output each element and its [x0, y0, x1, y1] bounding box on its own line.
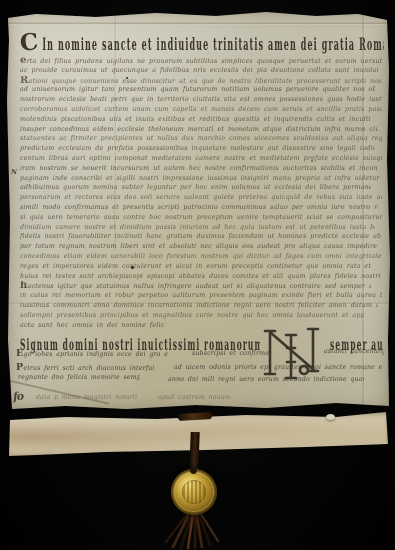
script-line: iussimus communiri anno dominice incarna… — [20, 301, 378, 311]
closing-script-fragment: apud castrum nouum — [158, 394, 242, 401]
script-line: molendinis piscationibus uiis et inuiis … — [20, 115, 371, 125]
script-line: insuper concedimus eidem ecclesie thelon… — [20, 125, 378, 135]
script-line: dimidium camere nostre et dimidium passi… — [20, 223, 375, 233]
golden-bulla-seal — [171, 469, 217, 515]
script-line: ac prouide curauimus ut quecunque a fide… — [20, 66, 378, 76]
bulla-cord-notch — [190, 468, 197, 474]
script-line: personarum et rectores eius deo soli ser… — [20, 193, 382, 203]
ornate-opening-initial: C — [20, 31, 39, 54]
closing-script-fragment: data p manu magistri notarii — [36, 394, 148, 401]
script-line: sollempni presentibus principibus et mag… — [20, 311, 364, 321]
script-line: reges et imperatores eidem contulerunt e… — [20, 262, 375, 272]
closing-script-fragment: regnante dno felicis memorie semper — [18, 374, 140, 381]
closing-script-fragment: Petrus ferri scti arch diaconus interfui — [16, 362, 156, 373]
ink-blot — [131, 266, 134, 269]
script-line: statuentes ac firmiter precipientes ut n… — [20, 134, 382, 144]
ink-blot — [126, 77, 128, 79]
parchment-sheet: C In nomine sancte et indiuidue trinitat… — [6, 10, 390, 412]
script-line: per totum regnum nostrum liberi sint et … — [20, 242, 378, 252]
script-line: centum libras auri optimi componat medie… — [20, 154, 382, 164]
script-line: fidelis nostri fauorabiliter inclinati h… — [20, 232, 382, 242]
script-line: predictam ecclesiam de prefatis possessi… — [20, 144, 375, 154]
script-line: simili modo confirmamus et presentis scr… — [20, 203, 378, 213]
closing-script-fragment: astanti cancellarij uice — [324, 348, 384, 355]
script-line: iram nostram se nouerit incursurum ut au… — [20, 164, 378, 174]
script-line: si quis uero temerario ausu contra hoc n… — [20, 213, 382, 223]
script-line: in cuius rei memoriam et robur perpetuo … — [20, 291, 382, 301]
ink-blot — [311, 160, 313, 162]
bulla-central-motif — [182, 480, 206, 504]
script-line: concedimus etiam eidem uenerabili loco f… — [20, 252, 382, 262]
script-line: hactenus igitur que statuimus nullus inf… — [20, 281, 371, 291]
script-line: erta dei filius prudens uigilans ne prau… — [20, 56, 382, 66]
script-line: adhibuimus quorum nomina subter leguntur… — [20, 183, 371, 193]
notarial-mark: fo — [12, 390, 23, 404]
photograph-background: C In nomine sancte et indiuidue trinitat… — [0, 0, 395, 550]
royal-monogram-n — [260, 326, 324, 384]
script-line: huius rei testes sunt archiepiscopi epis… — [20, 272, 382, 282]
margin-mark: N — [11, 168, 17, 176]
closing-script-fragment: Ego iohes aprianis indignis ecce dei gra… — [16, 348, 168, 359]
closing-script-fragment: subscripsi et confirmaui rogatus — [192, 350, 270, 357]
opening-line-script: In nomine sancte et indiuidue trinitatis… — [42, 34, 384, 55]
script-line: ad uniuersorum igitur tam presentium qua… — [20, 85, 375, 95]
script-line: Rationi quoque conueniens esse dinoscitu… — [20, 76, 382, 86]
script-line: paginam inde conscribi et sigilli nostri… — [20, 174, 382, 184]
charter-body-text: erta dei filius prudens uigilans ne prau… — [20, 56, 382, 330]
charter-opening-line: C In nomine sancte et indiuidue trinitat… — [20, 22, 384, 54]
script-line: corroboramus uidelicet curtem unam cum c… — [20, 105, 382, 115]
script-line: nostrorum ecclesie beati petri que in te… — [20, 95, 382, 105]
fold-notch — [326, 414, 335, 420]
